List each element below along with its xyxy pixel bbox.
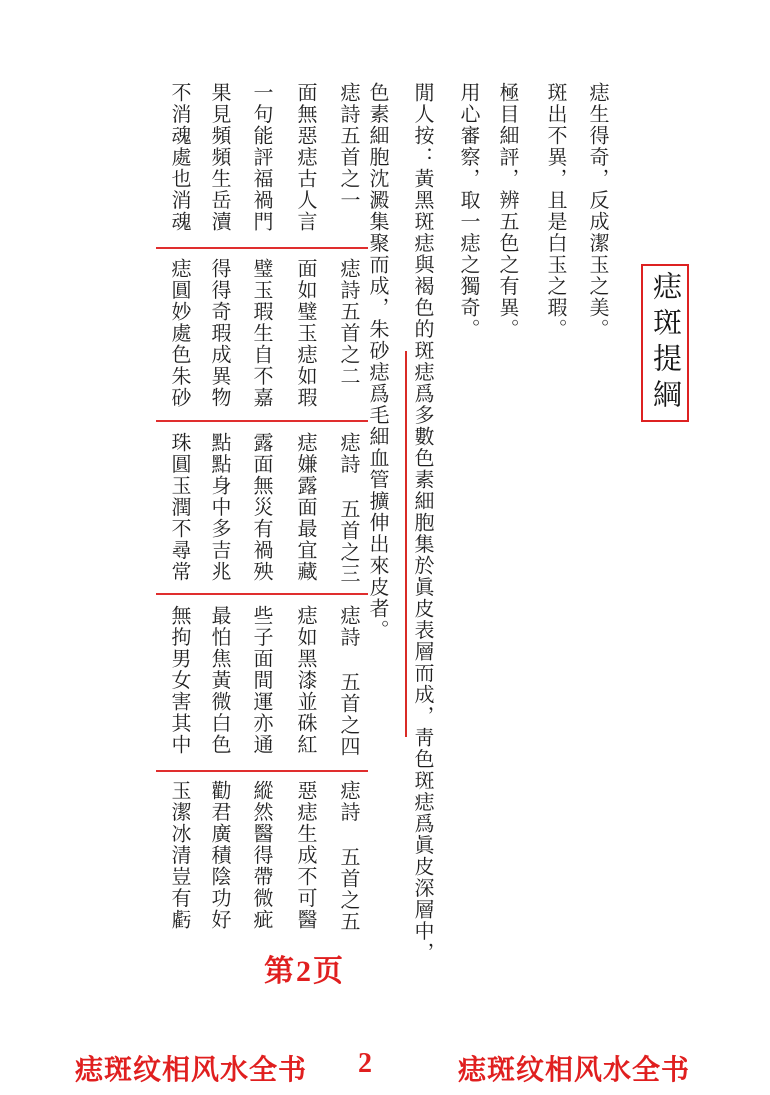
poem-2-line-3: 得得奇瑕成異物 bbox=[208, 258, 230, 409]
poem-1-line-3: 果見頻頻生岳瀆 bbox=[208, 82, 230, 233]
poem-4-line-1: 痣如黑漆並硃紅 bbox=[294, 605, 316, 756]
poem-block-2: 痣詩五首之二 面如璧玉痣如瑕 璧玉瑕生自不嘉 得得奇瑕成異物 痣圓妙處色朱砂 bbox=[158, 258, 370, 426]
poem-3-line-1: 痣嫌露面最宜藏 bbox=[294, 432, 316, 583]
footer-book-title-right: 痣斑纹相风水全书 bbox=[458, 1048, 690, 1088]
poem-block-1: 痣詩五首之一 面無惡痣古人言 一句能評福禍門 果見頻頻生岳瀆 不消魂處也消魂 bbox=[158, 82, 370, 250]
poem-2-line-1: 面如璧玉痣如瑕 bbox=[294, 258, 316, 409]
poem-5-title: 痣詩 五首之五 bbox=[337, 780, 359, 933]
red-separator-1 bbox=[156, 247, 368, 249]
footer-book-title-left: 痣斑纹相风水全书 bbox=[75, 1048, 307, 1088]
poem-3-line-4: 珠圓玉潤不尋常 bbox=[168, 432, 190, 583]
poem-block-3: 痣詩 五首之三 痣嫌露面最宜藏 露面無災有禍殃 點點身中多吉兆 珠圓玉潤不尋常 bbox=[158, 432, 370, 600]
poem-3-title: 痣詩 五首之三 bbox=[337, 432, 359, 585]
poem-2-line-4: 痣圓妙處色朱砂 bbox=[168, 258, 190, 409]
chapter-title-box: 痣斑提綱 bbox=[641, 264, 689, 422]
poem-5-line-1: 惡痣生成不可醫 bbox=[294, 780, 316, 931]
page-number-label: 第2页 bbox=[264, 946, 345, 990]
poem-1-line-2: 一句能評福禍門 bbox=[250, 82, 272, 233]
footer-page-number: 2 bbox=[358, 1048, 372, 1080]
poem-1-title: 痣詩五首之一 bbox=[337, 82, 359, 211]
poem-5-line-2: 縱然醫得帶微疵 bbox=[250, 780, 272, 931]
intro-line-4: 用心審察，取一痣之獨奇。 bbox=[457, 82, 479, 340]
note-column-1: 閒人按：黃黑斑痣與褐色的斑痣爲多數色素細胞集於眞皮表層而成，靑色斑痣爲眞皮深層中… bbox=[411, 82, 433, 964]
poem-1-line-4: 不消魂處也消魂 bbox=[168, 82, 190, 233]
poem-4-line-3: 最怕焦黃微白色 bbox=[208, 605, 230, 756]
poem-2-line-2: 璧玉瑕生自不嘉 bbox=[250, 258, 272, 409]
intro-line-1: 痣生得奇，反成潔玉之美。 bbox=[586, 82, 608, 340]
red-separator-3 bbox=[156, 593, 368, 595]
poem-block-4: 痣詩 五首之四 痣如黑漆並硃紅 些子面間運亦通 最怕焦黃微白色 無拘男女害其中 bbox=[158, 605, 370, 773]
intro-line-2: 斑出不異，且是白玉之瑕。 bbox=[544, 82, 566, 340]
poem-4-line-4: 無拘男女害其中 bbox=[168, 605, 190, 756]
red-emphasis-line bbox=[405, 351, 407, 737]
poem-5-line-3: 勸君廣積陰功好 bbox=[208, 780, 230, 931]
poem-block-5: 痣詩 五首之五 惡痣生成不可醫 縱然醫得帶微疵 勸君廣積陰功好 玉潔冰清豈有虧 bbox=[158, 780, 370, 948]
chapter-title: 痣斑提綱 bbox=[643, 271, 687, 415]
poem-3-line-2: 露面無災有禍殃 bbox=[250, 432, 272, 583]
poem-1-line-1: 面無惡痣古人言 bbox=[294, 82, 316, 233]
poem-4-line-2: 些子面間運亦通 bbox=[250, 605, 272, 756]
intro-line-3: 極目細評，辨五色之有異。 bbox=[496, 82, 518, 340]
red-separator-2 bbox=[156, 420, 368, 422]
poem-2-title: 痣詩五首之二 bbox=[337, 258, 359, 387]
red-separator-4 bbox=[156, 770, 368, 772]
poem-5-line-4: 玉潔冰清豈有虧 bbox=[168, 780, 190, 931]
poem-4-title: 痣詩 五首之四 bbox=[337, 605, 359, 758]
scanned-book-page: 痣斑提綱 痣生得奇，反成潔玉之美。 斑出不異，且是白玉之瑕。 極目細評，辨五色之… bbox=[0, 0, 770, 1095]
poem-3-line-3: 點點身中多吉兆 bbox=[208, 432, 230, 583]
running-footer: 痣斑纹相风水全书 2 痣斑纹相风水全书 bbox=[0, 1048, 770, 1082]
